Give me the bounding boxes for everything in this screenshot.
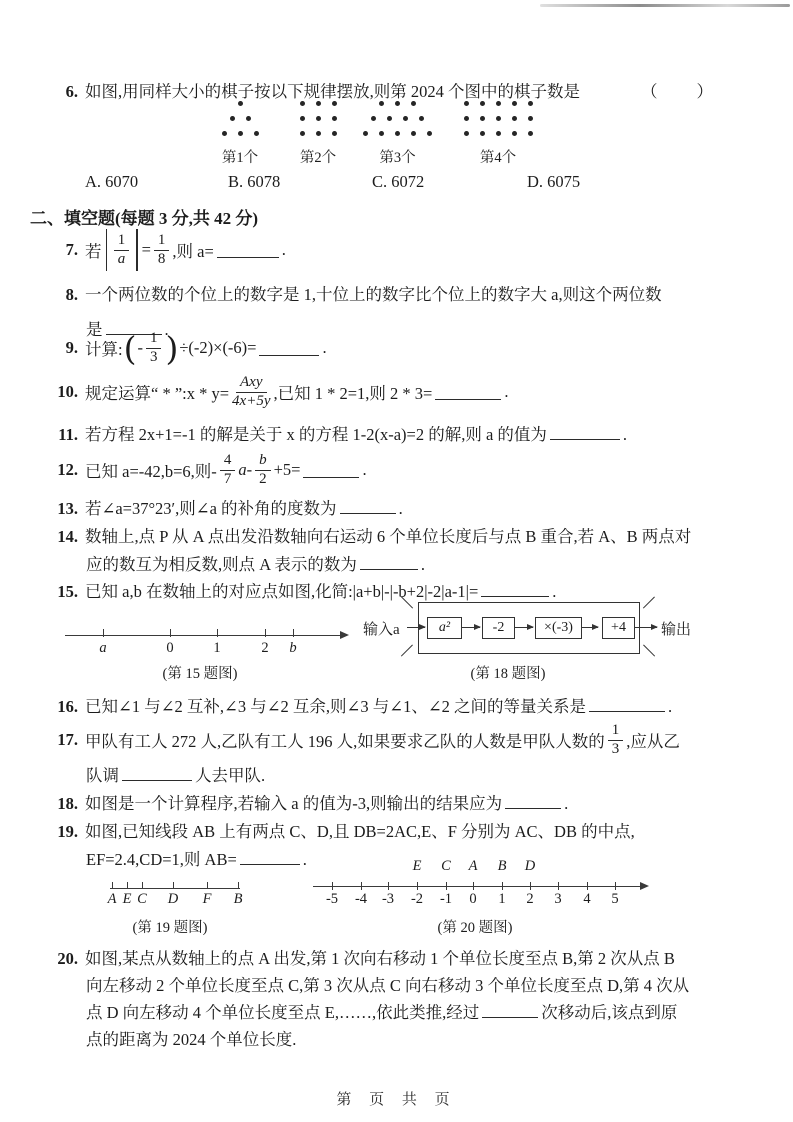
dot-figure-4-label: 第4个 (442, 146, 554, 167)
numberline-tick (103, 629, 104, 637)
period: . (668, 697, 672, 716)
segment-tick (142, 882, 143, 889)
dot (496, 101, 501, 106)
dot (246, 116, 251, 121)
fraction-numerator: 1 (114, 232, 130, 251)
dot (300, 116, 305, 121)
tick-label-0: 0 (469, 891, 476, 908)
figure-19-caption: (第 19 题图) (90, 916, 250, 937)
question-15-number: 15. (52, 582, 78, 602)
question-16-number: 16. (52, 697, 78, 717)
fraction-numerator: 1 (608, 722, 624, 741)
fraction-denominator: 2 (259, 471, 267, 489)
fraction-denominator: 4x+5y (232, 393, 270, 411)
fraction-numerator: b (255, 452, 271, 471)
dot (403, 116, 408, 121)
question-8-text: 一个两位数的个位上的数字是 1,十位上的数字比个位上的数字大 a,则这个两位数 (85, 285, 662, 304)
period: . (322, 338, 326, 358)
question-10-pre: 规定运算“ * ”:x * y= (85, 380, 229, 404)
dot-row (350, 116, 445, 121)
question-18-line: 18.如图是一个计算程序,若输入 a 的值为-3,则输出的结果应为. (52, 790, 568, 814)
dot-row (350, 101, 445, 106)
dot (528, 116, 533, 121)
dot-figure-3-label: 第3个 (350, 146, 445, 167)
numberline-label-b: b (289, 640, 296, 657)
question-12-mid: a- (238, 460, 252, 480)
dot (411, 101, 416, 106)
fraction-denominator: 3 (150, 349, 158, 367)
dot-row (205, 131, 275, 136)
program-box-minus2: -2 (482, 617, 515, 639)
dot-figure-1-label: 第1个 (205, 146, 275, 167)
period: . (362, 460, 366, 480)
answer-blank (481, 581, 549, 597)
numberline-tick (615, 882, 616, 890)
dot (480, 116, 485, 121)
option-b: B. 6078 (228, 172, 280, 192)
question-20-text1: 如图,某点从数轴上的点 A 出发,第 1 次向右移动 1 个单位长度至点 B,第… (85, 949, 675, 968)
tick-label-neg2: -2 (411, 891, 423, 908)
figure-20-caption: (第 20 题图) (395, 916, 555, 937)
figure-20-numberline: E C A B D -5 -4 -3 -2 -1 0 1 2 3 4 5 (313, 858, 658, 908)
fraction-numerator: Axy (236, 374, 266, 393)
numberline-tick (265, 629, 266, 637)
dot (230, 116, 235, 121)
dot (427, 131, 432, 136)
fraction-numerator: 4 (220, 452, 236, 471)
program-input-label: 输入a (363, 618, 400, 639)
question-20-number: 20. (52, 949, 78, 969)
question-17-line2: 队调人去甲队. (86, 762, 265, 786)
question-19-text1: 如图,已知线段 AB 上有两点 C、D,且 DB=2AC,E、F 分别为 AC、… (85, 822, 635, 841)
fraction: b2 (255, 452, 271, 488)
segment-label-F: F (203, 891, 212, 908)
corner-mark (643, 597, 655, 609)
question-11-number: 11. (52, 425, 78, 445)
question-7-line: 7. 若 1a = 18 ,则 a= . (52, 228, 286, 272)
question-12-line: 12. 已知 a=-42,b=6,则- 47 a- b2 +5= . (52, 448, 367, 492)
numberline-label-a: a (99, 640, 106, 657)
flow-arrow (462, 627, 480, 628)
question-12-number: 12. (52, 460, 78, 480)
numberline-tick (217, 629, 218, 637)
dot (222, 131, 227, 136)
question-9-post: ÷(-2)×(-6)= (179, 338, 256, 358)
question-8-line1: 8.一个两位数的个位上的数字是 1,十位上的数字比个位上的数字大 a,则这个两位… (52, 281, 662, 305)
numberline-label-1: 1 (213, 640, 220, 657)
dot (512, 101, 517, 106)
question-20-line1: 20.如图,某点从数轴上的点 A 出发,第 1 次向右移动 1 个单位长度至点 … (52, 945, 675, 969)
question-16-text: 已知∠1 与∠2 互补,∠3 与∠2 互余,则∠3 与∠1、∠2 之间的等量关系… (85, 697, 586, 716)
numberline-tick (417, 882, 418, 890)
question-13-text: 若∠a=37°23′,则∠a 的补角的度数为 (85, 499, 337, 518)
dot (300, 131, 305, 136)
fraction: 47 (220, 452, 236, 488)
flow-arrow (515, 627, 533, 628)
segment-line (110, 888, 240, 889)
answer-blank (122, 765, 192, 781)
point-label-C: C (441, 858, 451, 875)
segment-label-E: E (123, 891, 132, 908)
tick-label-5: 5 (611, 891, 618, 908)
dot-figure-1: 第1个 (205, 101, 275, 167)
question-14-text2: 应的数互为相反数,则点 A 表示的数为 (86, 555, 357, 574)
fraction: 18 (154, 232, 170, 268)
question-12-post: +5= (274, 460, 301, 480)
question-17-text2-pre: 队调 (86, 766, 119, 785)
dot (379, 131, 384, 136)
question-19-line2: EF=2.4,CD=1,则 AB=. (86, 846, 307, 870)
numberline-tick (473, 882, 474, 890)
question-20-line3: 点 D 向左移动 4 个单位长度至点 E,……,依此类推,经过次移动后,该点到原 (86, 999, 677, 1023)
answer-blank (259, 340, 319, 356)
option-d: D. 6075 (527, 172, 580, 192)
exam-page: 6.如图,用同样大小的棋子按以下规律摆放,则第 2024 个图中的棋子数是 （ … (0, 0, 793, 1122)
numberline-axis (313, 886, 647, 887)
dot (332, 131, 337, 136)
question-7-number: 7. (52, 240, 78, 260)
tick-label-neg1: -1 (440, 891, 452, 908)
dot-figure-2: 第2个 (283, 101, 353, 167)
program-output-label: 输出 (661, 618, 691, 639)
dot (395, 131, 400, 136)
dot (464, 116, 469, 121)
question-20-text4: 点的距离为 2024 个单位长度. (86, 1030, 296, 1049)
numberline-tick (170, 629, 171, 637)
segment-tick (207, 882, 208, 889)
dot (254, 131, 259, 136)
dot-figure-2-label: 第2个 (283, 146, 353, 167)
segment-label-C: C (137, 891, 147, 908)
dot-row (283, 101, 353, 106)
fraction-numerator: 1 (146, 330, 162, 349)
segment-label-B: B (234, 891, 243, 908)
question-17-number: 17. (52, 730, 78, 750)
question-13-number: 13. (52, 499, 78, 519)
fraction: 13 (146, 330, 162, 366)
question-14-line1: 14.数轴上,点 P 从 A 点出发沿数轴向右运动 6 个单位长度后与点 B 重… (52, 523, 691, 547)
question-17-line1: 17. 甲队有工人 272 人,乙队有工人 196 人,如果要求乙队的人数是甲队… (52, 718, 680, 762)
figure-19-segment: A E C D F B (108, 874, 242, 918)
figure-15-caption: (第 15 题图) (120, 662, 280, 683)
fraction-denominator: a (118, 251, 126, 269)
dot (379, 101, 384, 106)
dot (480, 131, 485, 136)
period: . (282, 240, 286, 260)
numberline-axis (65, 635, 347, 636)
dot (332, 101, 337, 106)
dot (387, 116, 392, 121)
question-13-line: 13.若∠a=37°23′,则∠a 的补角的度数为. (52, 495, 403, 519)
program-box-plus4: +4 (602, 617, 635, 639)
segment-label-D: D (168, 891, 178, 908)
tick-label-4: 4 (583, 891, 590, 908)
scan-artifact (540, 4, 790, 7)
flow-arrow (635, 627, 657, 628)
dot-figure-4: 第4个 (442, 101, 554, 167)
dot-row (205, 101, 275, 106)
open-paren: ( (124, 332, 137, 365)
question-9-number: 9. (52, 338, 78, 358)
fraction-denominator: 7 (224, 471, 232, 489)
tick-label-2: 2 (526, 891, 533, 908)
question-18-text: 如图是一个计算程序,若输入 a 的值为-3,则输出的结果应为 (85, 794, 502, 813)
answer-blank (217, 242, 279, 258)
dot (238, 101, 243, 106)
question-7-pre: 若 (85, 238, 102, 262)
point-label-D: D (525, 858, 535, 875)
period: . (623, 425, 627, 444)
dot (332, 116, 337, 121)
answer-blank (505, 793, 561, 809)
segment-tick (112, 882, 113, 889)
question-11-line: 11.若方程 2x+1=-1 的解是关于 x 的方程 1-2(x-a)=2 的解… (52, 421, 627, 445)
question-12-pre: 已知 a=-42,b=6,则- (85, 458, 217, 482)
program-box-square: a² (427, 617, 462, 639)
numberline-tick (446, 882, 447, 890)
numberline-tick (558, 882, 559, 890)
numberline-tick (530, 882, 531, 890)
question-20-text3-post: 次移动后,该点到原 (541, 1003, 677, 1022)
dot (300, 101, 305, 106)
minus-sign: - (137, 338, 143, 358)
option-a: A. 6070 (85, 172, 138, 192)
question-14-text1: 数轴上,点 P 从 A 点出发沿数轴向右运动 6 个单位长度后与点 B 重合,若… (85, 527, 691, 546)
segment-tick (173, 882, 174, 889)
point-label-B: B (498, 858, 507, 875)
figure-18-caption: (第 18 题图) (428, 662, 588, 683)
dot (411, 131, 416, 136)
segment-label-A: A (108, 891, 117, 908)
numberline-tick (388, 882, 389, 890)
figure-18-program: 输入a a² -2 ×(-3) +4 输出 (363, 596, 708, 660)
dot-row (442, 116, 554, 121)
dot (464, 101, 469, 106)
answer-blank (240, 849, 300, 865)
answer-blank (360, 554, 418, 570)
tick-label-neg5: -5 (326, 891, 338, 908)
question-20-line4: 点的距离为 2024 个单位长度. (86, 1026, 296, 1050)
abs-bar (106, 229, 107, 271)
page-footer: 第 页 共 页 (0, 1088, 793, 1109)
dot (419, 116, 424, 121)
flow-arrow (407, 627, 425, 628)
dot (496, 131, 501, 136)
question-9-line: 9. 计算: ( - 13 ) ÷(-2)×(-6)= . (52, 326, 327, 370)
numberline-label-0: 0 (166, 640, 173, 657)
dot-row (283, 131, 353, 136)
corner-mark (401, 645, 413, 657)
answer-blank (435, 384, 501, 400)
fraction-denominator: 3 (612, 741, 620, 759)
dot (316, 101, 321, 106)
question-14-number: 14. (52, 527, 78, 547)
dot (395, 101, 400, 106)
question-20-text3-pre: 点 D 向左移动 4 个单位长度至点 E,……,依此类推,经过 (86, 1003, 479, 1022)
question-14-line2: 应的数互为相反数,则点 A 表示的数为. (86, 551, 425, 575)
question-17-text1: 甲队有工人 272 人,乙队有工人 196 人,如果要求乙队的人数是甲队人数的 (85, 728, 605, 752)
fraction: 1a (114, 232, 130, 268)
question-16-line: 16.已知∠1 与∠2 互补,∠3 与∠2 互余,则∠3 与∠1、∠2 之间的等… (52, 693, 672, 717)
flow-arrow (582, 627, 598, 628)
answer-blank (482, 1002, 538, 1018)
dot (464, 131, 469, 136)
question-11-text: 若方程 2x+1=-1 的解是关于 x 的方程 1-2(x-a)=2 的解,则 … (85, 425, 547, 444)
point-label-A: A (469, 858, 478, 875)
segment-tick (238, 882, 239, 889)
equals-sign: = (142, 240, 151, 260)
section-2-title: 二、填空题(每题 3 分,共 42 分) (30, 204, 258, 229)
dot (363, 131, 368, 136)
numberline-tick (502, 882, 503, 890)
question-10-line: 10. 规定运算“ * ”:x * y= Axy4x+5y ,已知 1 * 2=… (52, 370, 508, 414)
tick-label-1: 1 (498, 891, 505, 908)
corner-mark (401, 597, 413, 609)
question-20-line2: 向左移动 2 个单位长度至点 C,第 3 次从点 C 向右移动 3 个单位长度至… (86, 972, 689, 996)
tick-label-neg4: -4 (355, 891, 367, 908)
dot (480, 101, 485, 106)
period: . (504, 382, 508, 402)
figure-15-numberline: a 0 1 2 b (65, 615, 355, 661)
dot-row (442, 131, 554, 136)
dot-figure-3: 第3个 (350, 101, 445, 167)
question-6-text: 如图,用同样大小的棋子按以下规律摆放,则第 2024 个图中的棋子数是 (85, 82, 580, 101)
answer-blank (589, 696, 665, 712)
question-17-text1-post: ,应从乙 (626, 728, 680, 752)
question-20-text2: 向左移动 2 个单位长度至点 C,第 3 次从点 C 向右移动 3 个单位长度至… (86, 976, 689, 995)
period: . (399, 499, 403, 518)
tick-label-neg3: -3 (382, 891, 394, 908)
question-9-pre: 计算: (85, 336, 123, 360)
dot (238, 131, 243, 136)
fraction: 13 (608, 722, 624, 758)
fraction-denominator: 8 (158, 251, 166, 269)
fraction-numerator: 1 (154, 232, 170, 251)
answer-blank (550, 424, 620, 440)
answer-blank (303, 462, 359, 478)
question-8-number: 8. (52, 285, 78, 305)
question-7-post: ,则 a= (172, 238, 213, 262)
dot (512, 131, 517, 136)
dot (371, 116, 376, 121)
tick-label-3: 3 (554, 891, 561, 908)
question-19-line1: 19.如图,已知线段 AB 上有两点 C、D,且 DB=2AC,E、F 分别为 … (52, 818, 635, 842)
answer-blank (340, 498, 396, 514)
period: . (303, 850, 307, 869)
numberline-tick (587, 882, 588, 890)
dot-row (350, 131, 445, 136)
question-10-post: ,已知 1 * 2=1,则 2 * 3= (273, 380, 432, 404)
question-6-number: 6. (52, 82, 78, 102)
dot (528, 131, 533, 136)
question-10-number: 10. (52, 382, 78, 402)
program-box-times-neg3: ×(-3) (535, 617, 582, 639)
question-17-text2-post: 人去甲队. (195, 766, 265, 785)
option-c: C. 6072 (372, 172, 424, 192)
dot (316, 131, 321, 136)
period: . (421, 555, 425, 574)
dot-row (205, 116, 275, 121)
numberline-tick (332, 882, 333, 890)
dot-row (283, 116, 353, 121)
question-19-text2: EF=2.4,CD=1,则 AB= (86, 850, 237, 869)
dot-row (442, 101, 554, 106)
dot (316, 116, 321, 121)
question-18-number: 18. (52, 794, 78, 814)
corner-mark (643, 645, 655, 657)
numberline-tick (361, 882, 362, 890)
segment-tick (127, 882, 128, 889)
dot (496, 116, 501, 121)
question-19-number: 19. (52, 822, 78, 842)
numberline-tick (293, 629, 294, 637)
numberline-label-2: 2 (261, 640, 268, 657)
fraction: Axy4x+5y (232, 374, 270, 410)
point-label-E: E (413, 858, 422, 875)
question-6-line: 6.如图,用同样大小的棋子按以下规律摆放,则第 2024 个图中的棋子数是 (52, 78, 580, 102)
dot (528, 101, 533, 106)
period: . (564, 794, 568, 813)
abs-bar (136, 229, 137, 271)
close-paren: ) (165, 332, 178, 365)
question-6-answer-brackets: （ ） (641, 78, 715, 102)
dot (512, 116, 517, 121)
